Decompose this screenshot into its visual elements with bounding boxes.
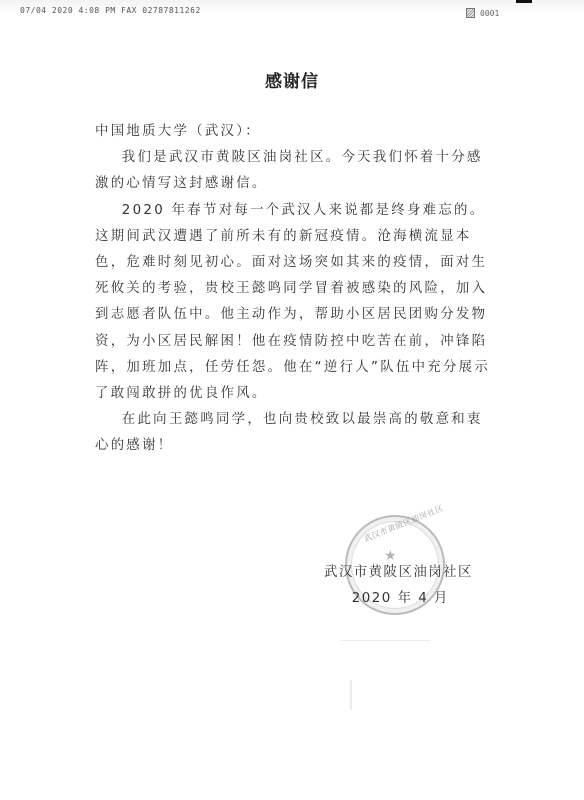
scan-artifact xyxy=(340,640,430,641)
letter-title: 感谢信 xyxy=(0,67,584,92)
fax-page-number: 0001 xyxy=(480,9,499,18)
letter-salutation: 中国地质大学（武汉）： xyxy=(95,119,495,145)
letter-paragraph-2: 2020 年春节对每一个武汉人来说都是终身难忘的。这期间武汉遭遇了前所未有的新冠… xyxy=(95,198,495,408)
scan-corner-mark xyxy=(516,0,532,3)
signature-organization: 武汉市黄陂区油岗社区 xyxy=(324,560,473,586)
letter-body: 中国地质大学（武汉）： 我们是武汉市黄陂区油岗社区。今天我们怀着十分感激的心情写… xyxy=(95,119,495,460)
letter-signature: 武汉市黄陂区油岗社区 2020 年 4 月 xyxy=(324,560,473,612)
fax-page-icon xyxy=(466,8,475,18)
fax-header-line: 07/04 2020 4:08 PM FAX 02787811262 xyxy=(20,6,201,15)
signature-date: 2020 年 4 月 xyxy=(324,586,473,612)
fax-page-indicator: 0001 xyxy=(466,8,499,18)
scan-artifact xyxy=(350,680,352,710)
letter-paragraph-1: 我们是武汉市黄陂区油岗社区。今天我们怀着十分感激的心情写这封感谢信。 xyxy=(95,145,495,197)
letter-paragraph-3: 在此向王懿鸣同学，也向贵校致以最崇高的敬意和衷心的感谢！ xyxy=(95,407,495,459)
